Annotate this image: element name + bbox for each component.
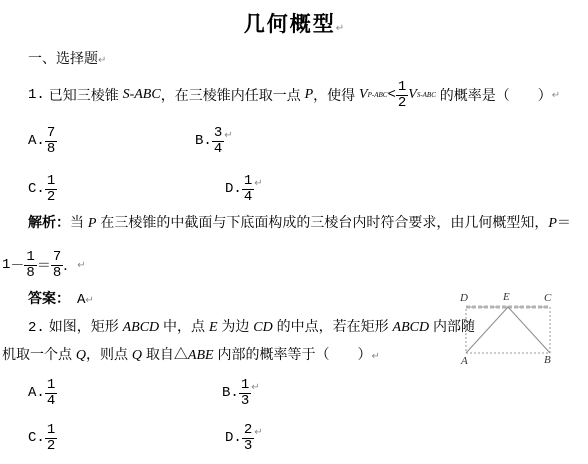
- fraction: 12: [45, 423, 57, 453]
- fraction: 13: [239, 378, 251, 408]
- math-variable-p: P: [305, 87, 314, 103]
- math-variable-sabc: S-ABC: [123, 87, 161, 103]
- fraction-numerator: 1: [45, 174, 57, 190]
- option-label: A.: [28, 133, 45, 149]
- fraction-numerator: 1: [45, 423, 57, 439]
- question-1-part: 的概率是（ ）: [436, 85, 552, 105]
- question-2-part: 为边: [218, 318, 254, 334]
- math-variable-abcd: ABCD: [123, 320, 160, 335]
- fraction-denominator: 4: [212, 142, 224, 157]
- fraction-denominator: 8: [24, 266, 36, 281]
- section-heading: 一、选择题↵: [28, 48, 106, 68]
- option-label: D.: [225, 430, 242, 446]
- math-variable-abe: ABE: [188, 348, 214, 363]
- question-1-part: ，在三棱锥内任取一点: [161, 85, 305, 105]
- pilcrow-icon: ↵: [336, 23, 344, 34]
- q2-option-c: C.12: [28, 423, 57, 453]
- math-variable-q: Q: [76, 348, 86, 363]
- option-label: B.: [222, 385, 239, 401]
- answer-label: 答案：: [28, 290, 63, 306]
- volume-subscript: P-ABC: [368, 91, 388, 99]
- figure-rectangle-abcd: D E C A B: [456, 288, 560, 372]
- question-1-number: 1.: [28, 87, 45, 103]
- math-variable-q: Q: [132, 348, 142, 363]
- fraction-one-half: 12: [396, 80, 408, 110]
- option-label: C.: [28, 430, 45, 446]
- option-label: D.: [225, 181, 242, 197]
- analysis-part: 当: [70, 214, 88, 230]
- math-variable-abcd: ABCD: [393, 320, 430, 335]
- analysis-label: 解析：: [28, 214, 70, 230]
- fraction: 23: [242, 423, 254, 453]
- period-mark: ．: [63, 255, 77, 275]
- math-variable-p: P: [548, 216, 557, 231]
- fraction-denominator: 2: [45, 190, 57, 205]
- question-2-part: 中，点: [159, 318, 209, 334]
- pilcrow-icon: ↵: [371, 351, 379, 362]
- fraction: 18: [24, 250, 36, 280]
- document-header: 几何概型↵: [0, 8, 588, 38]
- volume-variable: V: [359, 87, 368, 103]
- fraction-denominator: 3: [242, 439, 254, 454]
- pilcrow-icon: ↵: [224, 130, 232, 141]
- pilcrow-icon: ↵: [254, 178, 262, 189]
- answer-line: 答案： A↵: [28, 288, 94, 308]
- q1-option-c: C.12: [28, 174, 57, 204]
- question-1-part: 已知三棱锥: [45, 85, 123, 105]
- equals-sign: ＝: [37, 255, 51, 275]
- q2-option-d: D.23↵: [225, 423, 263, 453]
- fraction-numerator: 1: [242, 174, 254, 190]
- fraction-denominator: 3: [239, 394, 251, 409]
- pilcrow-icon: ↵: [77, 260, 85, 271]
- equals-sign: ＝: [557, 214, 571, 230]
- math-variable-e: E: [209, 320, 218, 335]
- question-2-text-line2: 机取一个点 Q，则点 Q 取自△ABE 内部的概率等于（ ）↵: [2, 344, 380, 364]
- fraction: 14: [242, 174, 254, 204]
- q2-option-a: A.14: [28, 378, 57, 408]
- fraction-denominator: 8: [51, 266, 63, 281]
- volume-subscript: S-ABC: [417, 91, 436, 99]
- q1-option-b: B.34↵: [195, 126, 233, 156]
- fraction-numerator: 1: [45, 378, 57, 394]
- pilcrow-icon: ↵: [254, 427, 262, 438]
- analysis-part: 在三棱锥的中截面与下底面构成的三棱台内时符合要求，由几何概型知，: [96, 214, 548, 230]
- vertex-label-b: B: [544, 355, 551, 366]
- fraction-denominator: 2: [396, 96, 408, 111]
- less-than-sign: <: [387, 87, 395, 103]
- vertex-label-a: A: [461, 356, 468, 367]
- question-2-part: 内部的概率等于（ ）: [214, 346, 372, 362]
- analysis-calculation: 1－18＝78．↵: [2, 246, 86, 284]
- pilcrow-icon: ↵: [85, 295, 93, 306]
- question-2-part: ，则点: [86, 346, 132, 362]
- volume-variable: V: [408, 87, 417, 103]
- fraction: 14: [45, 378, 57, 408]
- fraction: 78: [45, 126, 57, 156]
- vertex-label-c: C: [544, 293, 551, 304]
- question-1-text: 1. 已知三棱锥 S-ABC，在三棱锥内任取一点 P，使得 VP-ABC<12V…: [28, 78, 560, 112]
- q2-option-b: B.13↵: [222, 378, 260, 408]
- option-label: B.: [195, 133, 212, 149]
- q1-option-a: A.78: [28, 126, 57, 156]
- math-variable-cd: CD: [253, 320, 272, 335]
- rectangle-outline: [466, 307, 550, 353]
- fraction-denominator: 8: [45, 142, 57, 157]
- page-title: 几何概型: [244, 13, 336, 36]
- fraction-numerator: 3: [212, 126, 224, 142]
- question-2-part: 的中点，若在矩形: [273, 318, 393, 334]
- calc-part: 1: [2, 257, 10, 273]
- analysis-text: 解析：当 P 在三棱锥的中截面与下底面构成的三棱台内时符合要求，由几何概型知，P…: [28, 212, 584, 232]
- fraction-denominator: 4: [45, 394, 57, 409]
- question-2-number: 2.: [28, 320, 45, 336]
- fraction: 34: [212, 126, 224, 156]
- fraction-denominator: 2: [45, 439, 57, 454]
- minus-sign: －: [10, 255, 24, 275]
- fraction-numerator: 7: [51, 250, 63, 266]
- fraction-numerator: 1: [24, 250, 36, 266]
- question-2-part: 取自△: [142, 346, 188, 362]
- fraction-numerator: 7: [45, 126, 57, 142]
- fraction-numerator: 1: [396, 80, 408, 96]
- question-2-part: 机取一个点: [2, 346, 76, 362]
- section-heading-text: 一、选择题: [28, 50, 98, 66]
- fraction: 78: [51, 250, 63, 280]
- question-1-part: ，使得: [313, 85, 359, 105]
- pilcrow-icon: ↵: [251, 382, 259, 393]
- segment-a-e: [466, 307, 508, 353]
- question-2-text-line1: 2. 如图，矩形 ABCD 中，点 E 为边 CD 的中点，若在矩形 ABCD …: [28, 316, 475, 336]
- pilcrow-icon: ↵: [98, 55, 106, 66]
- option-label: A.: [28, 385, 45, 401]
- fraction: 12: [45, 174, 57, 204]
- q1-option-d: D.14↵: [225, 174, 263, 204]
- segment-e-b: [508, 307, 550, 353]
- fraction-numerator: 1: [239, 378, 251, 394]
- fraction-numerator: 2: [242, 423, 254, 439]
- question-2-part: 如图，矩形: [45, 318, 123, 334]
- option-label: C.: [28, 181, 45, 197]
- vertex-label-d: D: [460, 293, 468, 304]
- fraction-denominator: 4: [242, 190, 254, 205]
- pilcrow-icon: ↵: [552, 90, 560, 101]
- vertex-label-e: E: [503, 292, 510, 303]
